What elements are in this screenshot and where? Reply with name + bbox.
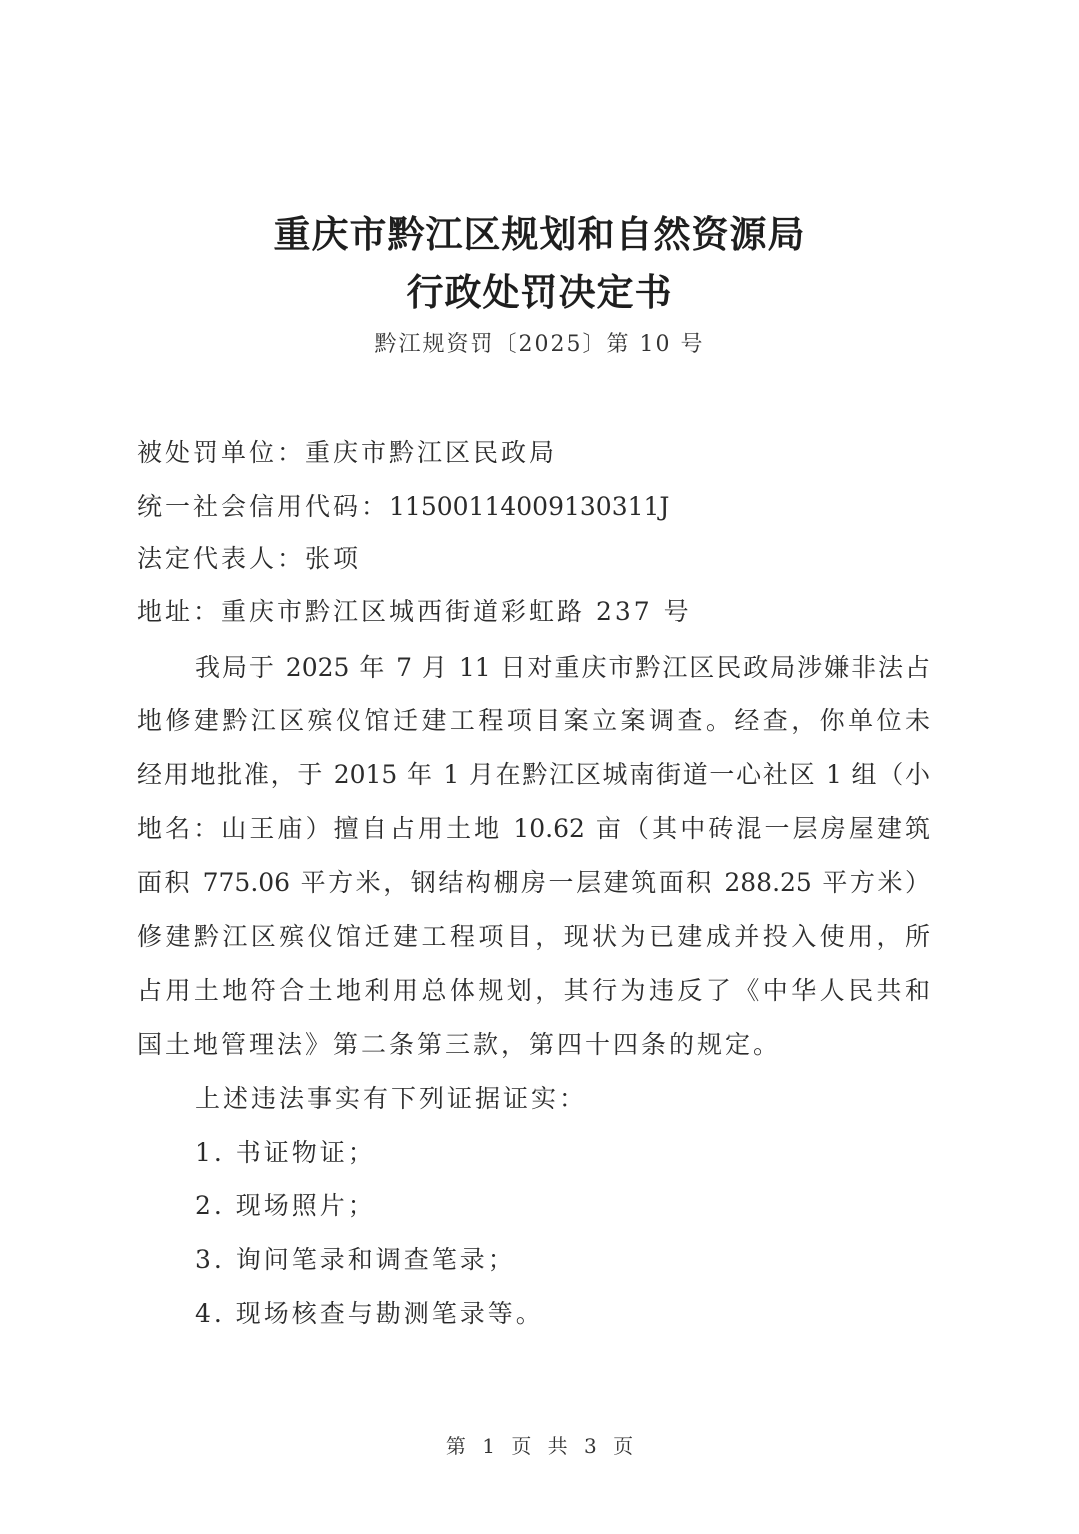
legal-rep-row: 法定代表人：张项 [137, 546, 361, 571]
paragraph-line: 地修建黔江区殡仪馆迁建工程项目案立案调查。经查，你单位未 [137, 708, 930, 733]
page-number: 第 1 页 共 3 页 [0, 1436, 1079, 1456]
legal-rep-label: 法定代表人： [137, 544, 305, 573]
credit-code-row: 统一社会信用代码：11500114009130311J [137, 494, 669, 519]
legal-rep-value: 张项 [305, 544, 361, 573]
evidence-intro: 上述违法事实有下列证据证实： [195, 1086, 587, 1111]
credit-code-label: 统一社会信用代码： [137, 492, 389, 521]
evidence-item: 2. 现场照片； [195, 1193, 376, 1218]
address-value: 重庆市黔江区城西街道彩虹路 237 号 [221, 597, 692, 626]
penalized-unit-value: 重庆市黔江区民政局 [305, 438, 557, 467]
document-page: 重庆市黔江区规划和自然资源局 行政处罚决定书 黔江规资罚〔2025〕第 10 号… [0, 0, 1079, 1534]
paragraph-line: 地名：山王庙）擅自占用土地 10.62 亩（其中砖混一层房屋建筑 [137, 816, 930, 841]
paragraph-line: 国土地管理法》第二条第三款，第四十四条的规定。 [137, 1032, 781, 1057]
address-label: 地址： [137, 597, 221, 626]
penalized-unit-row: 被处罚单位：重庆市黔江区民政局 [137, 440, 557, 465]
paragraph-line: 我局于 2025 年 7 月 11 日对重庆市黔江区民政局涉嫌非法占 [195, 655, 930, 680]
paragraph-line: 面积 775.06 平方米，钢结构棚房一层建筑面积 288.25 平方米） [137, 870, 930, 895]
evidence-item: 1. 书证物证； [195, 1140, 376, 1165]
paragraph-line: 修建黔江区殡仪馆迁建工程项目，现状为已建成并投入使用，所 [137, 924, 930, 949]
credit-code-value: 11500114009130311J [389, 492, 669, 521]
document-type-title: 行政处罚决定书 [0, 274, 1079, 311]
document-number: 黔江规资罚〔2025〕第 10 号 [0, 334, 1079, 356]
paragraph-line: 占用土地符合土地利用总体规划，其行为违反了《中华人民共和 [137, 978, 930, 1003]
paragraph-line: 经用地批准，于 2015 年 1 月在黔江区城南街道一心社区 1 组（小 [137, 762, 930, 787]
issuer-title: 重庆市黔江区规划和自然资源局 [0, 216, 1079, 253]
address-row: 地址：重庆市黔江区城西街道彩虹路 237 号 [137, 599, 692, 624]
penalized-unit-label: 被处罚单位： [137, 438, 305, 467]
evidence-item: 4. 现场核查与勘测笔录等。 [195, 1301, 544, 1326]
evidence-item: 3. 询问笔录和调查笔录； [195, 1247, 516, 1272]
